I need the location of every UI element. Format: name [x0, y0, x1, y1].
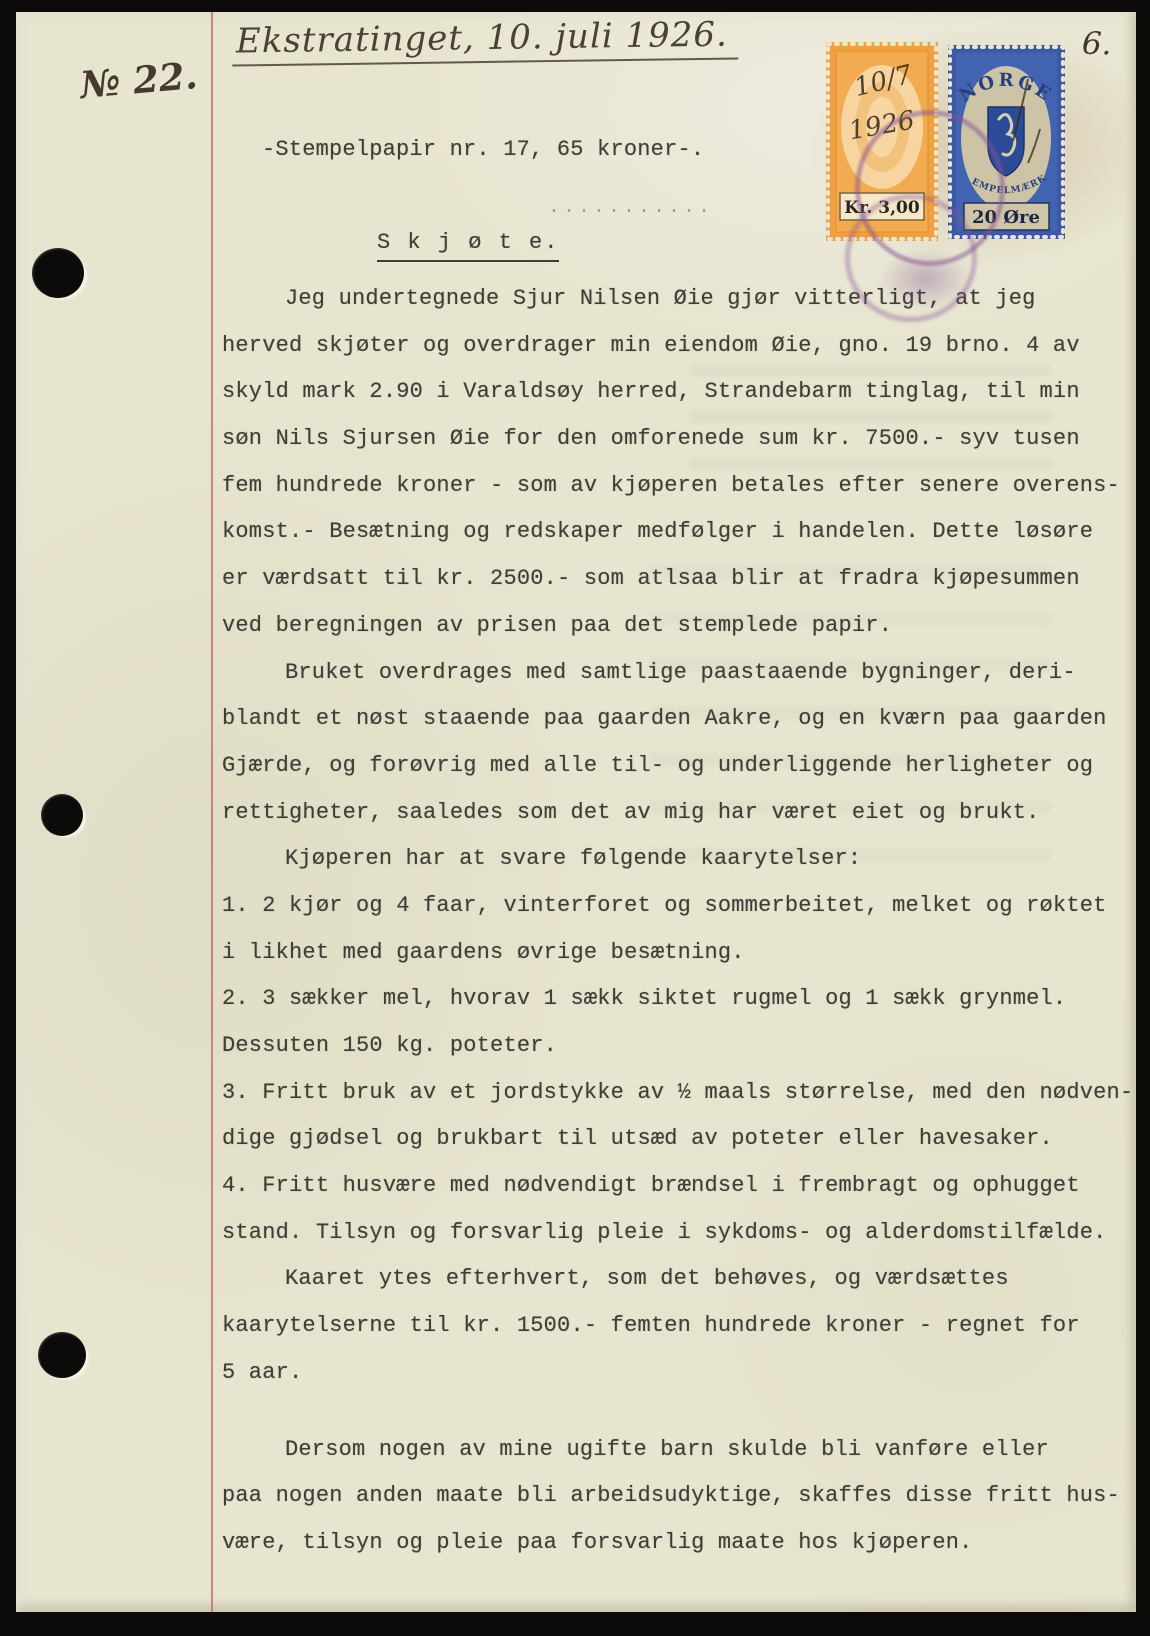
- text-line: Kjøperen har at svare følgende kaarytels…: [222, 846, 1117, 893]
- separator-dots: ...........: [548, 196, 713, 219]
- text-line: er værdsatt til kr. 2500.- som atlsaa bl…: [222, 566, 1117, 613]
- text-line: Dessuten 150 kg. poteter.: [222, 1033, 1117, 1080]
- text-line: være, tilsyn og pleie paa forsvarlig maa…: [222, 1530, 1117, 1577]
- revenue-stamp-blue: NORGE STEMPELMÆRKE 20 Øre: [948, 45, 1065, 239]
- text-line: herved skjøter og overdrager min eiendom…: [222, 333, 1117, 380]
- text-line: ved beregningen av prisen paa det stempl…: [222, 613, 1117, 660]
- text-line: paa nogen anden maate bli arbeidsudyktig…: [222, 1483, 1117, 1530]
- text-line: dige gjødsel og brukbart til utsæd av po…: [222, 1126, 1117, 1173]
- text-line: Jeg undertegnede Sjur Nilsen Øie gjør vi…: [222, 286, 1117, 333]
- text-line: i likhet med gaardens øvrige besætning.: [222, 940, 1117, 987]
- punch-hole-bottom: [38, 1332, 86, 1378]
- revenue-stamp-orange: Kr. 3,00 10/7 1926: [826, 42, 938, 241]
- text-line: 2. 3 sækker mel, hvorav 1 sækk siktet ru…: [222, 986, 1117, 1033]
- text-line: komst.- Besætning og redskaper medfølger…: [222, 519, 1117, 566]
- scanned-document: Ekstratinget, 10. juli 1926. № 22. 6. -S…: [0, 0, 1150, 1636]
- text-line: 5 aar.: [222, 1360, 1117, 1407]
- handwritten-header: Ekstratinget, 10. juli 1926.: [232, 14, 738, 66]
- text-line: Bruket overdrages med samtlige paastaaen…: [222, 660, 1117, 707]
- punch-hole-middle: [41, 794, 83, 836]
- document-title: S k j ø t e.: [377, 230, 559, 262]
- text-line: stand. Tilsyn og forsvarlig pleie i sykd…: [222, 1220, 1117, 1267]
- punch-hole-top: [32, 248, 84, 298]
- stamp-denomination: 20 Øre: [972, 207, 1040, 228]
- stamp-denomination: Kr. 3,00: [844, 198, 920, 218]
- text-line: 4. Fritt husvære med nødvendigt brændsel…: [222, 1173, 1117, 1220]
- text-line: Kaaret ytes efterhvert, som det behøves,…: [222, 1266, 1117, 1313]
- stamp-paper-note: -Stempelpapir nr. 17, 65 kroner-.: [262, 137, 704, 162]
- text-line: søn Nils Sjursen Øie for den omforenede …: [222, 426, 1117, 473]
- body-text: Jeg undertegnede Sjur Nilsen Øie gjør vi…: [222, 286, 1117, 1577]
- text-line: Dersom nogen av mine ugifte barn skulde …: [222, 1437, 1117, 1484]
- text-line: fem hundrede kroner - som av kjøperen be…: [222, 473, 1117, 520]
- text-line: rettigheter, saaledes som det av mig har…: [222, 800, 1117, 847]
- text-line: kaarytelserne til kr. 1500.- femten hund…: [222, 1313, 1117, 1360]
- text-line: blandt et nøst staaende paa gaarden Aakr…: [222, 706, 1117, 753]
- text-line: skyld mark 2.90 i Varaldsøy herred, Stra…: [222, 379, 1117, 426]
- text-line: 1. 2 kjør og 4 faar, vinterforet og somm…: [222, 893, 1117, 940]
- red-margin-line: [211, 12, 213, 1612]
- text-line: Gjærde, og forøvrig med alle til- og und…: [222, 753, 1117, 800]
- text-line: 3. Fritt bruk av et jordstykke av ½ maal…: [222, 1080, 1117, 1127]
